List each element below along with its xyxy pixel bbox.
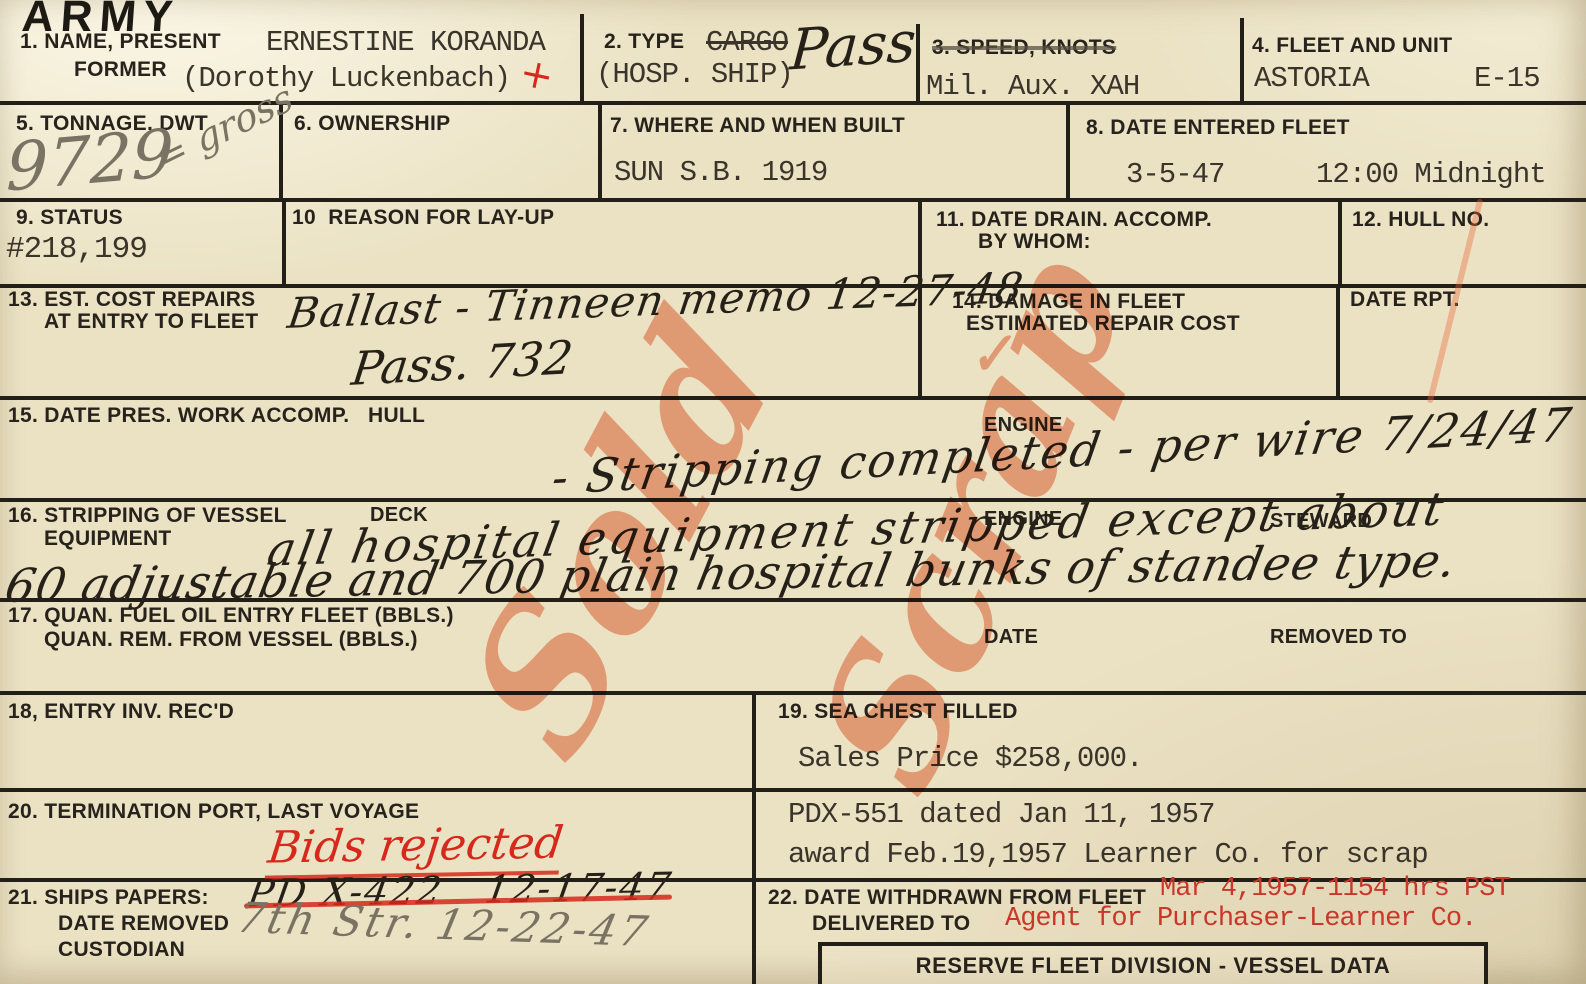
field-3-label: 3. SPEED, KNOTS: [932, 36, 1116, 60]
field-21-label3: CUSTODIAN: [58, 938, 185, 962]
grid-line: [282, 198, 286, 284]
banner-box: RESERVE FLEET DIVISION - VESSEL DATA: [818, 942, 1488, 984]
repairs-hand-line2: Pass. 732: [349, 330, 576, 396]
status-value: #218,199: [6, 232, 147, 267]
grid-line: [598, 101, 602, 198]
field-13-label: 13. EST. COST REPAIRS: [8, 288, 255, 312]
field-17-label2: QUAN. REM. FROM VESSEL (BBLS.): [44, 628, 418, 652]
field-14-date-rpt-label: DATE RPT.: [1350, 288, 1460, 312]
built-value: SUN S.B. 1919: [614, 156, 827, 189]
grid-line: [1240, 18, 1244, 101]
field-4-label: 4. FLEET AND UNIT: [1252, 34, 1452, 58]
fleet-value: ASTORIA: [1254, 62, 1369, 95]
field-2-label: 2. TYPE: [604, 30, 684, 54]
ship-name-present: ERNESTINE KORANDA: [266, 26, 545, 59]
field-16-label: 16. STRIPPING OF VESSEL: [8, 504, 287, 528]
grid-line: [1338, 198, 1342, 284]
field-15-hull-label: HULL: [368, 404, 425, 428]
delivered-to-value: Agent for Purchaser-Learner Co.: [1005, 904, 1476, 934]
banner-title: RESERVE FLEET DIVISION - VESSEL DATA: [916, 953, 1391, 979]
field-8-label: 8. DATE ENTERED FLEET: [1086, 116, 1350, 140]
field-21-label2: DATE REMOVED: [58, 912, 229, 936]
field-1-label-former: FORMER: [74, 58, 167, 82]
field-21-label: 21. SHIPS PAPERS:: [8, 886, 209, 910]
field-17-label: 17. QUAN. FUEL OIL ENTRY FLEET (BBLS.): [8, 604, 454, 628]
unit-value: E-15: [1474, 62, 1540, 95]
speed-value: Mil. Aux. XAH: [926, 70, 1139, 103]
field-1-label: 1. NAME, PRESENT: [20, 30, 221, 54]
field-11-label: 11. DATE DRAIN. ACCOMP.: [936, 208, 1212, 232]
ship-name-former: (Dorothy Luckenbach): [182, 62, 510, 95]
field-18-label: 18, ENTRY INV. REC'D: [8, 700, 234, 724]
grid-line: [916, 24, 920, 101]
tonnage-hand-value: 9729: [6, 114, 175, 206]
type-cargo-struck: CARGO: [706, 26, 788, 59]
grid-line: [0, 788, 1586, 792]
type-hosp-ship: (HOSP. SHIP): [596, 58, 793, 91]
pdx-line1: PDX-551 dated Jan 11, 1957: [788, 798, 1214, 831]
pdx-line2: award Feb.19,1957 Learner Co. for scrap: [788, 838, 1428, 871]
field-15-label: 15. DATE PRES. WORK ACCOMP.: [8, 404, 349, 428]
grid-line: [1066, 101, 1070, 198]
entered-fleet-date: 3-5-47: [1126, 158, 1224, 191]
field-7-label: 7. WHERE AND WHEN BUILT: [610, 114, 905, 138]
entered-fleet-time: 12:00 Midnight: [1316, 158, 1546, 191]
field-17-removed-to-label: REMOVED TO: [1270, 626, 1407, 649]
grid-line: [0, 198, 1586, 202]
grid-line: [580, 14, 584, 101]
field-13-label2: AT ENTRY TO FLEET: [44, 310, 258, 334]
field-16-label2: EQUIPMENT: [44, 527, 172, 551]
grid-line: [752, 691, 756, 984]
field-10-label: 10 REASON FOR LAY-UP: [292, 206, 554, 230]
field-6-label: 6. OWNERSHIP: [294, 112, 450, 136]
type-hand-pass: Pass: [788, 9, 918, 83]
withdrawn-date-value: Mar 4,1957-1154 hrs PST: [1160, 874, 1510, 904]
grid-line: [1336, 284, 1340, 396]
field-9-label: 9. STATUS: [16, 206, 123, 230]
check-mark-scrawl: ✓: [964, 319, 1018, 389]
field-22-delivered-label: DELIVERED TO: [812, 912, 970, 936]
vessel-data-card: ARMY 1. NAME, PRESENT FORMER ERNESTINE K…: [0, 0, 1586, 984]
